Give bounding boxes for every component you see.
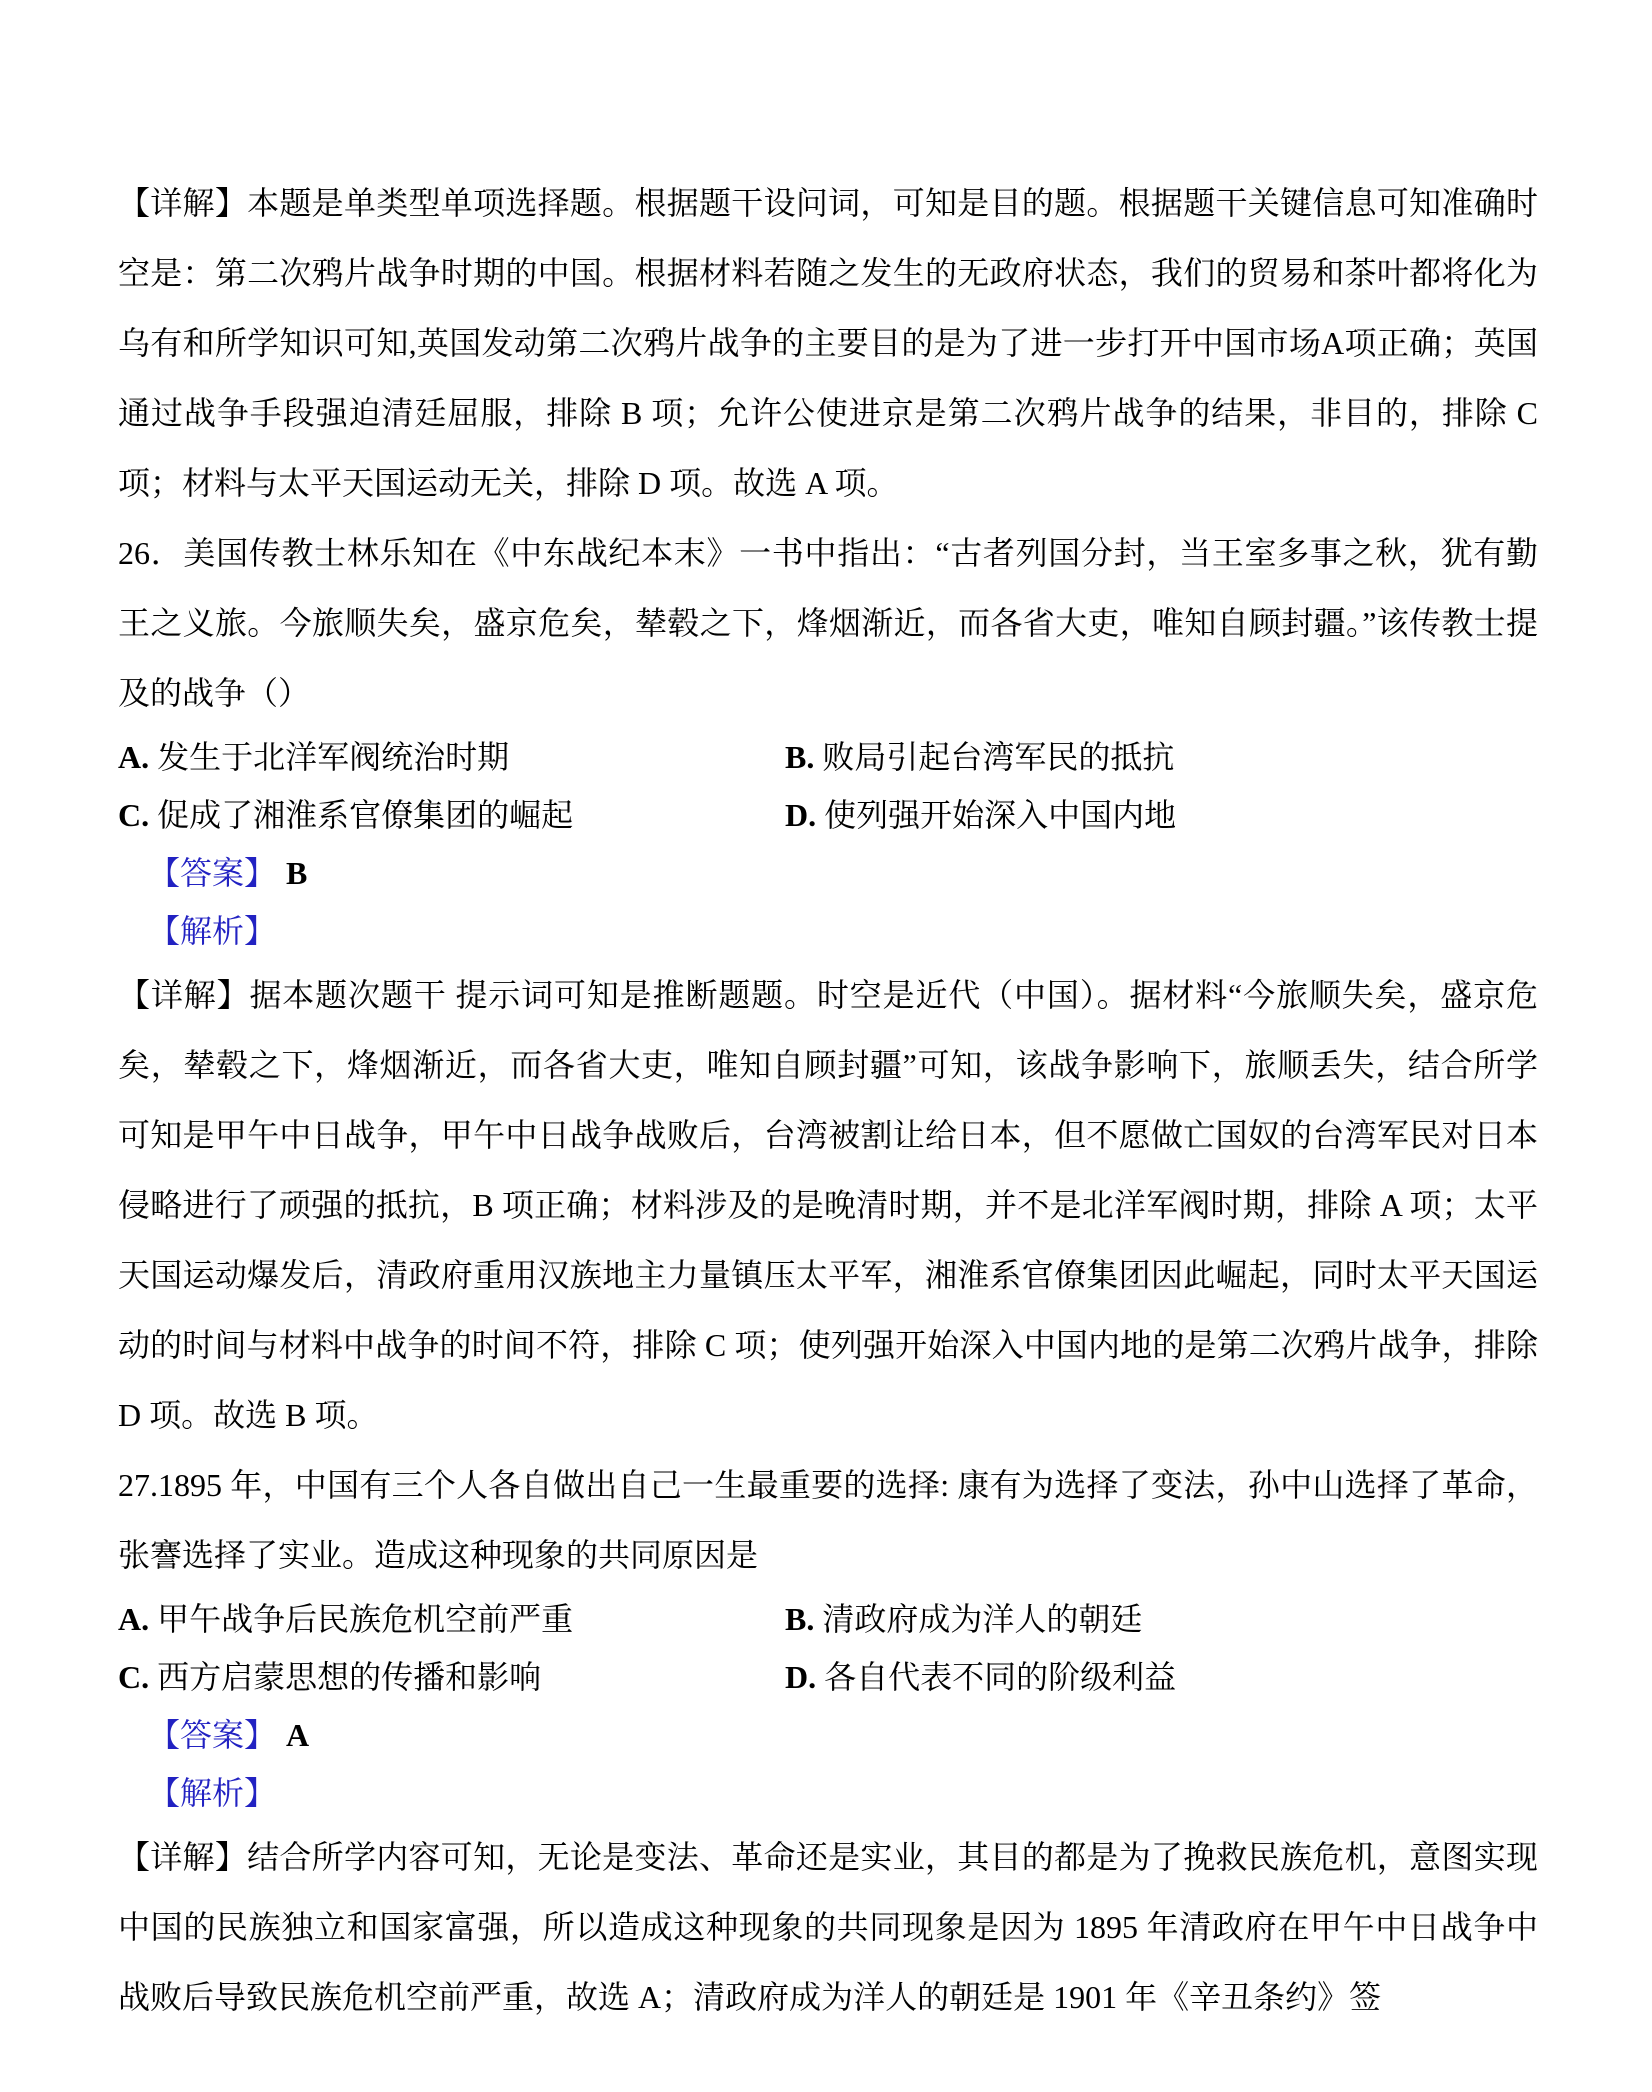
option-c-text: 西方启蒙思想的传播和影响 [157,1659,541,1695]
question-26-option-a: A.发生于北洋军阀统治时期 [118,728,785,786]
option-a-text: 甲午战争后民族危机空前严重 [157,1601,573,1637]
detail-text: 结合所学内容可知，无论是变法、革命还是实业，其目的都是为了挽救民族危机，意图实现… [118,1839,1538,2015]
detail-paragraph-q26: 【详解】据本题次题干 提示词可知是推断题题。时空是近代（中国）。据材料“今旅顺失… [118,960,1538,1450]
option-d-label: D. [785,1659,816,1695]
question-27-answer-row: 【答案】A [118,1706,1538,1764]
answer-bracket-label: 【答案】 [148,855,276,891]
question-27-option-a: A.甲午战争后民族危机空前严重 [118,1590,785,1648]
option-b-label: B. [785,1601,814,1637]
detail-text: 据本题次题干 提示词可知是推断题题。时空是近代（中国）。据材料“今旅顺失矣，盛京… [118,977,1538,1433]
answer-letter: B [286,855,307,891]
detail-bracket-label: 【详解】 [118,977,249,1013]
answer-bracket-label: 【答案】 [148,1717,276,1753]
option-d-text: 使列强开始深入中国内地 [824,797,1176,833]
option-d-label: D. [785,797,816,833]
question-27-option-c: C.西方启蒙思想的传播和影响 [118,1648,785,1706]
question-27-option-b: B.清政府成为洋人的朝廷 [785,1590,1538,1648]
detail-bracket-label: 【详解】 [118,1839,247,1875]
question-26-option-c: C.促成了湘淮系官僚集团的崛起 [118,786,785,844]
detail-paragraph-q25: 【详解】本题是单类型单项选择题。根据题干设问词，可知是目的题。根据题干关键信息可… [118,168,1538,518]
option-a-label: A. [118,739,149,775]
question-27-options-row-1: A.甲午战争后民族危机空前严重 B.清政府成为洋人的朝廷 [118,1590,1538,1648]
analysis-bracket-label: 【解析】 [148,1775,276,1811]
option-b-text: 败局引起台湾军民的抵抗 [822,739,1174,775]
detail-paragraph-q27: 【详解】结合所学内容可知，无论是变法、革命还是实业，其目的都是为了挽救民族危机，… [118,1822,1538,2032]
analysis-bracket-label: 【解析】 [148,913,276,949]
exam-answer-page: 【详解】本题是单类型单项选择题。根据题干设问词，可知是目的题。根据题干关键信息可… [0,0,1652,2092]
question-26-options-row-1: A.发生于北洋军阀统治时期 B.败局引起台湾军民的抵抗 [118,728,1538,786]
question-27-stem: 27.1895 年，中国有三个人各自做出自己一生最重要的选择: 康有为选择了变法… [118,1450,1538,1590]
option-c-label: C. [118,797,149,833]
option-b-text: 清政府成为洋人的朝廷 [822,1601,1142,1637]
option-a-text: 发生于北洋军阀统治时期 [157,739,509,775]
question-26-analysis-row: 【解析】 [118,902,1538,960]
answer-letter: A [286,1717,309,1753]
question-26-option-b: B.败局引起台湾军民的抵抗 [785,728,1538,786]
option-c-label: C. [118,1659,149,1695]
option-c-text: 促成了湘淮系官僚集团的崛起 [157,797,573,833]
question-26-stem: 26．美国传教士林乐知在《中东战纪本末》一书中指出：“古者列国分封，当王室多事之… [118,518,1538,728]
question-26-answer-row: 【答案】B [118,844,1538,902]
question-27-analysis-row: 【解析】 [118,1764,1538,1822]
question-26-option-d: D.使列强开始深入中国内地 [785,786,1538,844]
question-27-option-d: D.各自代表不同的阶级利益 [785,1648,1538,1706]
question-27-options-row-2: C.西方启蒙思想的传播和影响 D.各自代表不同的阶级利益 [118,1648,1538,1706]
detail-bracket-label: 【详解】 [118,185,247,221]
option-b-label: B. [785,739,814,775]
option-d-text: 各自代表不同的阶级利益 [824,1659,1176,1695]
option-a-label: A. [118,1601,149,1637]
detail-text: 本题是单类型单项选择题。根据题干设问词，可知是目的题。根据题干关键信息可知准确时… [118,185,1538,501]
question-26-options-row-2: C.促成了湘淮系官僚集团的崛起 D.使列强开始深入中国内地 [118,786,1538,844]
